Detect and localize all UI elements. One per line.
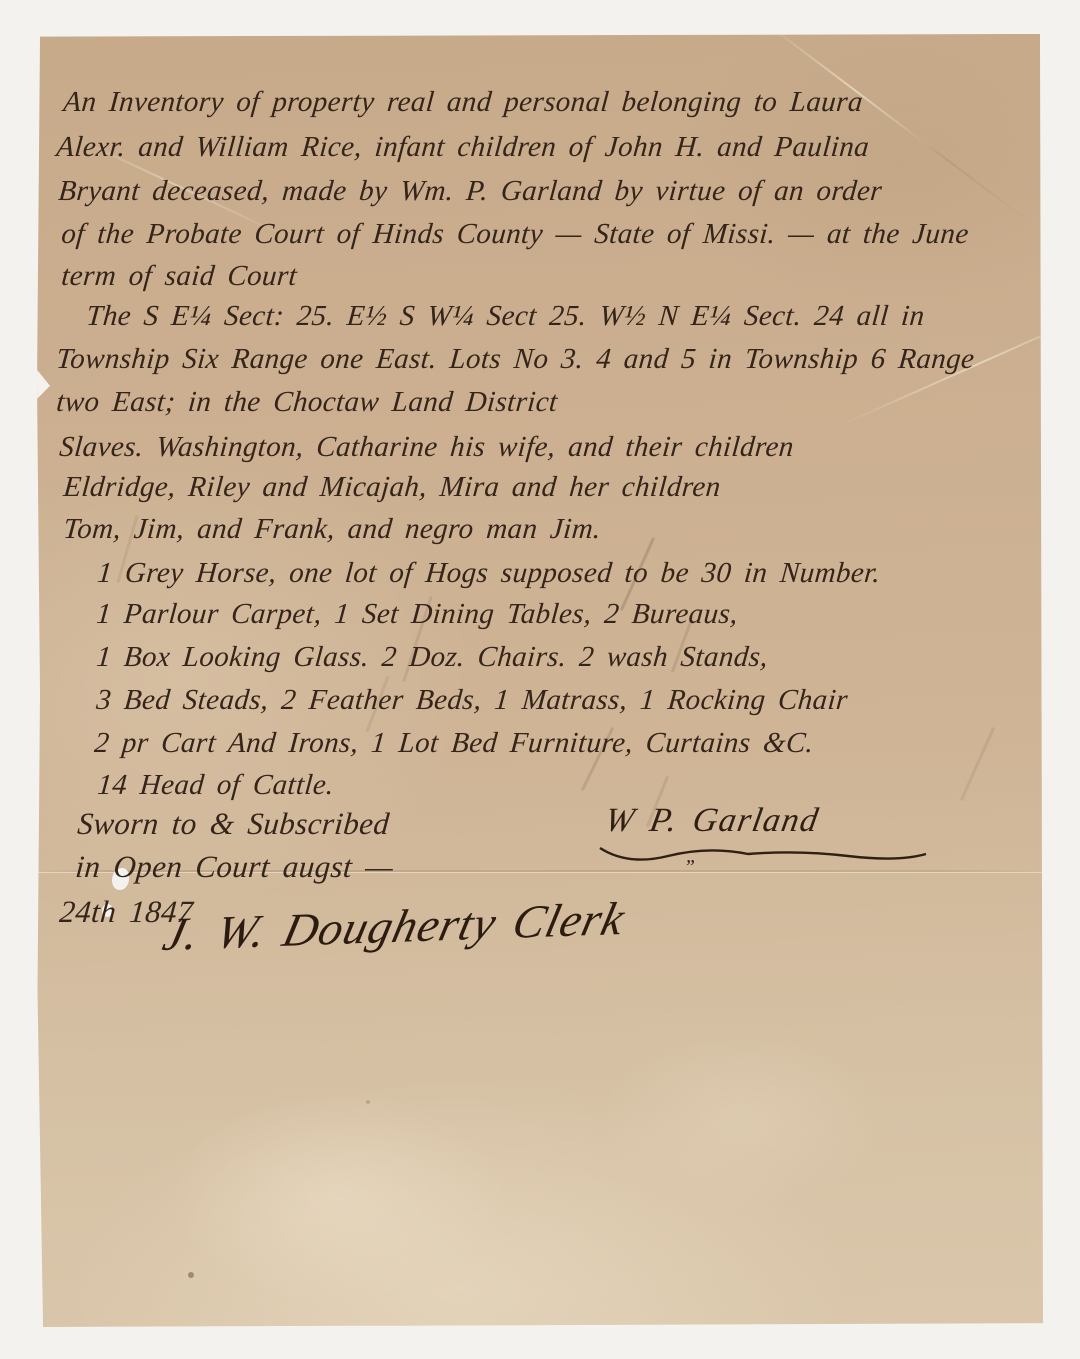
manuscript-line: term of said Court	[60, 260, 299, 293]
manuscript-line: Tom, Jim, and Frank, and negro man Jim.	[62, 513, 602, 546]
manuscript-line: 2 pr Cart And Irons, 1 Lot Bed Furniture…	[93, 727, 815, 760]
manuscript-line: Slaves. Washington, Catharine his wife, …	[58, 431, 795, 464]
manuscript-line: An Inventory of property real and person…	[62, 86, 864, 119]
manuscript-line: 1 Parlour Carpet, 1 Set Dining Tables, 2…	[95, 598, 739, 631]
manuscript-line: Eldridge, Riley and Micajah, Mira and he…	[62, 471, 722, 504]
paper-edge-notch	[34, 366, 50, 402]
paper-speck	[188, 1272, 194, 1278]
ink-bleed-mark	[960, 727, 995, 801]
manuscript-line: of the Probate Court of Hinds County — S…	[60, 218, 970, 251]
appraiser-signature: W P. Garland	[602, 802, 822, 840]
attestation-line: in Open Court augst —	[74, 849, 395, 885]
manuscript-line: 1 Box Looking Glass. 2 Doz. Chairs. 2 wa…	[95, 641, 770, 674]
manuscript-line: 1 Grey Horse, one lot of Hogs supposed t…	[96, 557, 882, 590]
manuscript-line: The S E¼ Sect: 25. E½ S W¼ Sect 25. W½ N…	[85, 300, 926, 333]
manuscript-line: 14 Head of Cattle.	[96, 769, 335, 802]
manuscript-line: two East; in the Choctaw Land District	[55, 386, 559, 419]
clerk-signature: J. W. Dougherty Clerk	[158, 892, 630, 962]
paper-speck	[366, 1100, 370, 1104]
scanned-document-background: An Inventory of property real and person…	[0, 0, 1080, 1359]
manuscript-line: Alexr. and William Rice, infant children…	[55, 131, 871, 164]
attestation-line: Sworn to & Subscribed	[76, 806, 391, 842]
signature-flourish: „	[598, 840, 928, 870]
manuscript-paper: An Inventory of property real and person…	[36, 34, 1043, 1327]
manuscript-line: Township Six Range one East. Lots No 3. …	[55, 343, 976, 376]
manuscript-line: Bryant deceased, made by Wm. P. Garland …	[57, 175, 883, 208]
svg-text:„: „	[686, 845, 697, 867]
manuscript-line: 3 Bed Steads, 2 Feather Beds, 1 Matrass,…	[95, 684, 849, 717]
